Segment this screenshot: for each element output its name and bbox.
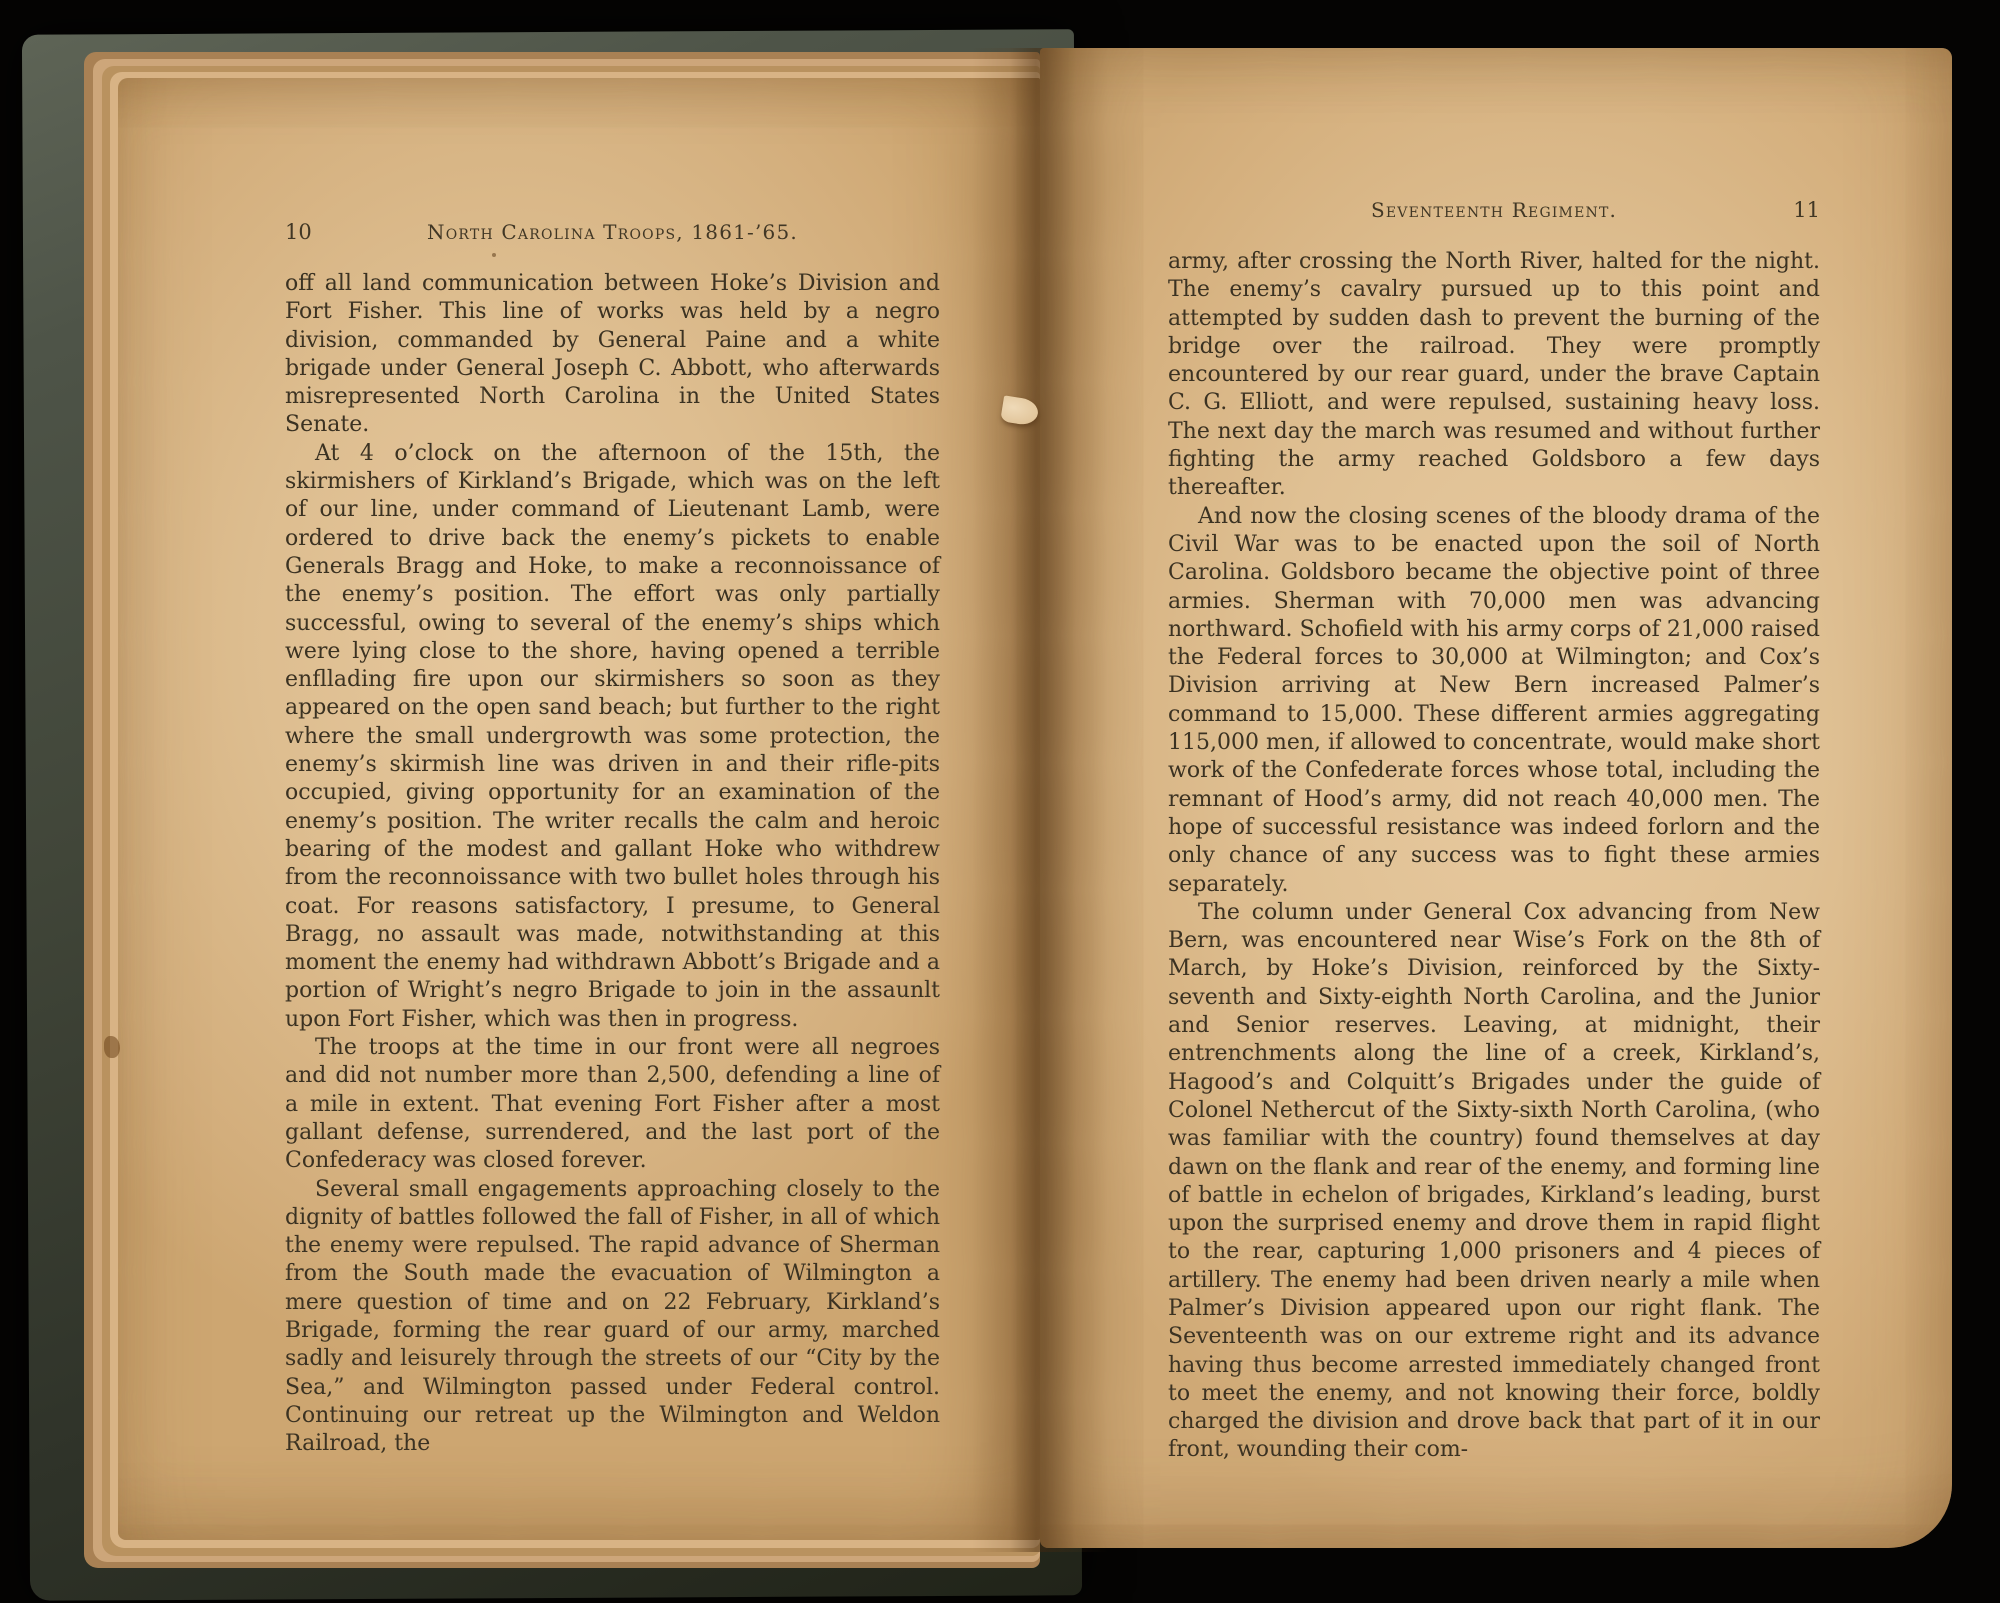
right-page-text: army, after crossing the North River, ha… [1168,248,1820,1465]
paragraph: And now the closing scenes of the bloody… [1168,503,1820,899]
right-page: Seventeenth Regiment. 11 army, after cro… [1040,48,1952,1548]
book-scan: 10 North Carolina Troops, 1861-’65. off … [0,0,2000,1603]
paragraph: The troops at the time in our front were… [285,1034,940,1175]
paragraph: Several small engagements approaching cl… [285,1176,940,1459]
left-page: 10 North Carolina Troops, 1861-’65. off … [118,78,1040,1540]
running-title-left: North Carolina Troops, 1861-’65. [349,220,876,244]
page-stain [104,1036,120,1058]
right-running-header: Seventeenth Regiment. 11 [1168,198,1820,222]
running-title-right: Seventeenth Regiment. [1232,198,1756,222]
paragraph: The column under General Cox advancing f… [1168,899,1820,1465]
left-running-header: 10 North Carolina Troops, 1861-’65. [285,220,940,244]
ink-speck [492,253,496,257]
paragraph: army, after crossing the North River, ha… [1168,248,1820,503]
left-page-text: off all land communication between Hoke’… [285,270,940,1458]
page-number-right: 11 [1756,198,1820,222]
paragraph: At 4 o’clock on the afternoon of the 15t… [285,440,940,1034]
ink-speck [1546,822,1550,826]
page-number-left: 10 [285,220,349,244]
paragraph: off all land communication between Hoke’… [285,270,940,440]
